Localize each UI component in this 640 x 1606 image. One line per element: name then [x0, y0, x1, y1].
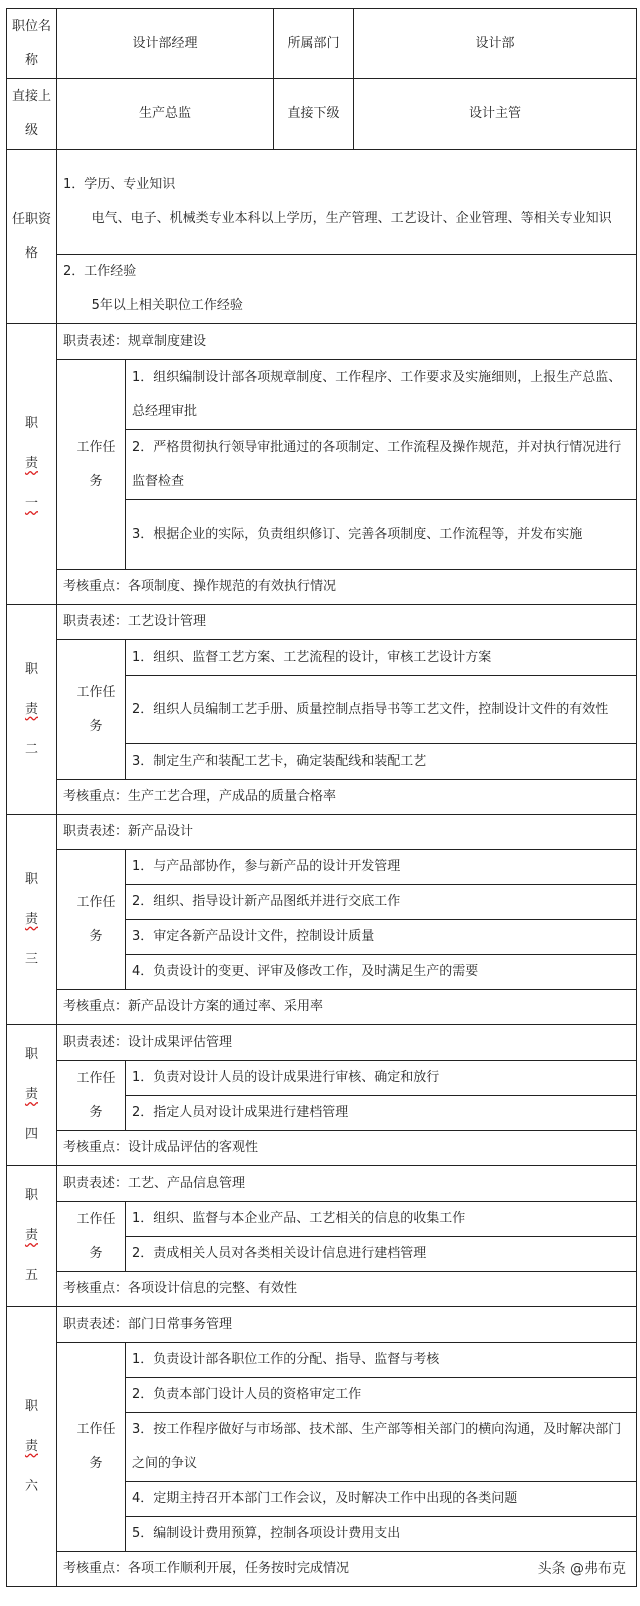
task-item: 3．制定生产和装配工艺卡，确定装配线和装配工艺: [126, 744, 637, 780]
duty-number: 六: [9, 1467, 54, 1507]
duty-description: 职责表述：工艺设计管理: [57, 605, 637, 640]
task-row: 工作任务1．与产品部协作，参与新产品的设计开发管理: [7, 850, 637, 885]
task-item: 3．按工作程序做好与市场部、技术部、生产部等相关部门的横向沟通，及时解决部门之间…: [126, 1413, 637, 1482]
task-item: 1．组织、监督与本企业产品、工艺相关的信息的收集工作: [126, 1202, 637, 1237]
duty-label: 职责六: [7, 1307, 57, 1587]
task-item: 2．负责本部门设计人员的资格审定工作: [126, 1378, 637, 1413]
duty-number: 五: [9, 1256, 54, 1296]
duty-description: 职责表述：工艺、产品信息管理: [57, 1166, 637, 1202]
task-label: 工作任务: [57, 360, 126, 570]
superior-label: 直接上级: [7, 79, 57, 150]
task-item: 4．负责设计的变更、评审及修改工作，及时满足生产的需要: [126, 955, 637, 990]
qualification-item: 1．学历、专业知识 电气、电子、机械类专业本科以上学历，生产管理、工艺设计、企业…: [57, 150, 637, 255]
task-item: 2．指定人员对设计成果进行建档管理: [126, 1096, 637, 1131]
assess-row: 考核重点：设计成品评估的客观性: [7, 1131, 637, 1166]
task-item: 2．组织人员编制工艺手册、质量控制点指导书等工艺文件，控制设计文件的有效性: [126, 676, 637, 744]
task-item: 2．组织、指导设计新产品图纸并进行交底工作: [126, 885, 637, 920]
assess-prefix: 考核重点：: [63, 1281, 128, 1296]
task-item: 3．根据企业的实际，负责组织修订、完善各项制度、工作流程等，并发布实施: [126, 500, 637, 570]
subordinate-value: 设计主管: [354, 79, 637, 150]
task-item: 3．审定各新产品设计文件，控制设计质量: [126, 920, 637, 955]
duty-number: 一: [9, 484, 54, 524]
duty-label: 职责一: [7, 324, 57, 605]
assess-prefix: 考核重点：: [63, 1140, 128, 1155]
assess-value: 新产品设计方案的通过率、采用率: [128, 999, 323, 1014]
duty-desc-row: 职责六职责表述：部门日常事务管理: [7, 1307, 637, 1343]
row-superior: 直接上级 生产总监 直接下级 设计主管: [7, 79, 637, 150]
assess-row: 考核重点：各项制度、操作规范的有效执行情况: [7, 570, 637, 605]
duty-number: 三: [9, 940, 54, 980]
desc-value: 规章制度建设: [128, 334, 206, 349]
duty-description: 职责表述：规章制度建设: [57, 324, 637, 360]
task-row: 工作任务1．组织编制设计部各项规章制度、工作程序、工作要求及实施细则，上报生产总…: [7, 360, 637, 430]
row-position: 职位名称 设计部经理 所属部门 设计部: [7, 9, 637, 79]
desc-value: 部门日常事务管理: [128, 1317, 232, 1332]
qualification-body: 5年以上相关职位工作经验: [63, 289, 630, 323]
desc-prefix: 职责表述：: [63, 824, 128, 839]
desc-prefix: 职责表述：: [63, 1035, 128, 1050]
assess-row: 考核重点：各项设计信息的完整、有效性: [7, 1272, 637, 1307]
watermark: 头条 @弗布克: [538, 1552, 626, 1586]
task-item: 2．严格贯彻执行领导审批通过的各项制定、工作流程及操作规范，并对执行情况进行监督…: [126, 430, 637, 500]
duty-label: 职责三: [7, 815, 57, 1025]
duty-number: 四: [9, 1115, 54, 1155]
dept-label: 所属部门: [274, 9, 354, 79]
row-qualification-2: 2．工作经验 5年以上相关职位工作经验: [7, 255, 637, 324]
task-item: 1．负责设计部各职位工作的分配、指导、监督与考核: [126, 1343, 637, 1378]
duty-desc-row: 职责三职责表述：新产品设计: [7, 815, 637, 850]
task-label: 工作任务: [57, 1343, 126, 1552]
row-qualification-1: 任职资格 1．学历、专业知识 电气、电子、机械类专业本科以上学历，生产管理、工艺…: [7, 150, 637, 255]
desc-prefix: 职责表述：: [63, 1176, 128, 1191]
desc-prefix: 职责表述：: [63, 1317, 128, 1332]
assessment: 考核重点：各项制度、操作规范的有效执行情况: [57, 570, 637, 605]
assessment: 考核重点：各项设计信息的完整、有效性: [57, 1272, 637, 1307]
qualification-item: 2．工作经验 5年以上相关职位工作经验: [57, 255, 637, 324]
superior-value: 生产总监: [57, 79, 274, 150]
duty-label: 职责四: [7, 1025, 57, 1166]
desc-value: 工艺、产品信息管理: [128, 1176, 245, 1191]
position-label: 职位名称: [7, 9, 57, 79]
desc-prefix: 职责表述：: [63, 334, 128, 349]
task-row: 工作任务1．负责设计部各职位工作的分配、指导、监督与考核: [7, 1343, 637, 1378]
duty-desc-row: 职责五职责表述：工艺、产品信息管理: [7, 1166, 637, 1202]
position-value: 设计部经理: [57, 9, 274, 79]
duty-label: 职责五: [7, 1166, 57, 1307]
assess-row: 考核重点：生产工艺合理，产成品的质量合格率: [7, 780, 637, 815]
task-row: 工作任务1．组织、监督工艺方案、工艺流程的设计，审核工艺设计方案: [7, 640, 637, 676]
assess-value: 各项设计信息的完整、有效性: [128, 1281, 297, 1296]
duty-number: 二: [9, 730, 54, 770]
task-label: 工作任务: [57, 1061, 126, 1131]
duty-description: 职责表述：设计成果评估管理: [57, 1025, 637, 1061]
task-item: 1．与产品部协作，参与新产品的设计开发管理: [126, 850, 637, 885]
dept-value: 设计部: [354, 9, 637, 79]
task-label: 工作任务: [57, 640, 126, 780]
assess-value: 生产工艺合理，产成品的质量合格率: [128, 789, 336, 804]
assessment: 考核重点：生产工艺合理，产成品的质量合格率: [57, 780, 637, 815]
duty-label: 职责二: [7, 605, 57, 815]
duty-desc-row: 职责一职责表述：规章制度建设: [7, 324, 637, 360]
task-item: 1．组织编制设计部各项规章制度、工作程序、工作要求及实施细则，上报生产总监、总经…: [126, 360, 637, 430]
desc-value: 设计成果评估管理: [128, 1035, 232, 1050]
assess-value: 设计成品评估的客观性: [128, 1140, 258, 1155]
task-item: 1．负责对设计人员的设计成果进行审核、确定和放行: [126, 1061, 637, 1096]
qualification-title: 1．学历、专业知识: [63, 168, 630, 202]
assessment: 考核重点：各项工作顺利开展，任务按时完成情况头条 @弗布克: [57, 1552, 637, 1587]
assess-prefix: 考核重点：: [63, 579, 128, 594]
task-item: 4．定期主持召开本部门工作会议，及时解决工作中出现的各类问题: [126, 1482, 637, 1517]
qualification-body: 电气、电子、机械类专业本科以上学历，生产管理、工艺设计、企业管理、等相关专业知识: [63, 202, 630, 236]
job-description-table: 职位名称 设计部经理 所属部门 设计部 直接上级 生产总监 直接下级 设计主管 …: [6, 8, 637, 1587]
assessment: 考核重点：设计成品评估的客观性: [57, 1131, 637, 1166]
task-item: 2．责成相关人员对各类相关设计信息进行建档管理: [126, 1237, 637, 1272]
duty-description: 职责表述：新产品设计: [57, 815, 637, 850]
qualification-title: 2．工作经验: [63, 255, 630, 289]
task-row: 工作任务1．负责对设计人员的设计成果进行审核、确定和放行: [7, 1061, 637, 1096]
assess-value: 各项工作顺利开展，任务按时完成情况: [128, 1561, 349, 1576]
assess-row: 考核重点：新产品设计方案的通过率、采用率: [7, 990, 637, 1025]
qualifications-label: 任职资格: [7, 150, 57, 324]
task-item: 5．编制设计费用预算，控制各项设计费用支出: [126, 1517, 637, 1552]
desc-prefix: 职责表述：: [63, 614, 128, 629]
subordinate-label: 直接下级: [274, 79, 354, 150]
assess-row: 考核重点：各项工作顺利开展，任务按时完成情况头条 @弗布克: [7, 1552, 637, 1587]
desc-value: 新产品设计: [128, 824, 193, 839]
assess-prefix: 考核重点：: [63, 1561, 128, 1576]
task-row: 工作任务1．组织、监督与本企业产品、工艺相关的信息的收集工作: [7, 1202, 637, 1237]
assess-value: 各项制度、操作规范的有效执行情况: [128, 579, 336, 594]
assess-prefix: 考核重点：: [63, 789, 128, 804]
duty-desc-row: 职责二职责表述：工艺设计管理: [7, 605, 637, 640]
duty-desc-row: 职责四职责表述：设计成果评估管理: [7, 1025, 637, 1061]
task-label: 工作任务: [57, 1202, 126, 1272]
desc-value: 工艺设计管理: [128, 614, 206, 629]
assessment: 考核重点：新产品设计方案的通过率、采用率: [57, 990, 637, 1025]
task-label: 工作任务: [57, 850, 126, 990]
duty-description: 职责表述：部门日常事务管理: [57, 1307, 637, 1343]
assess-prefix: 考核重点：: [63, 999, 128, 1014]
task-item: 1．组织、监督工艺方案、工艺流程的设计，审核工艺设计方案: [126, 640, 637, 676]
